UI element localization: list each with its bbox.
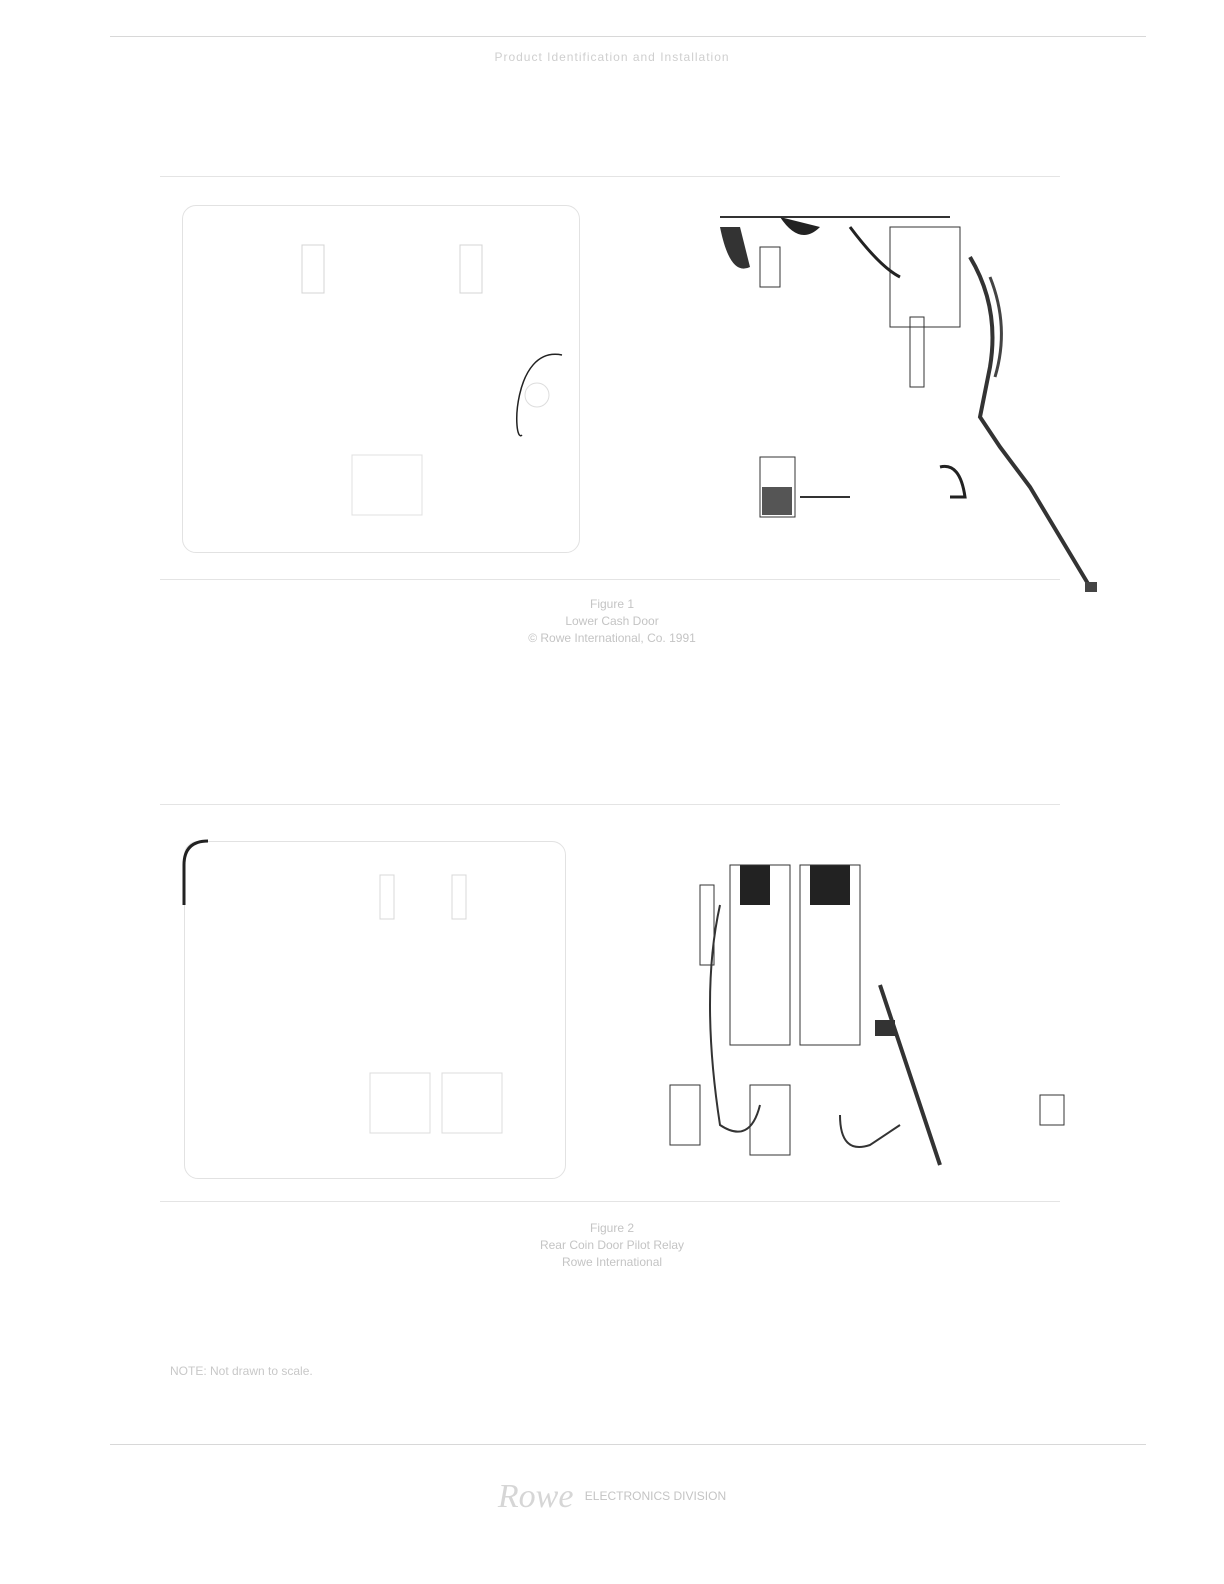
- page-header: Product Identification and Installation: [0, 50, 1224, 64]
- figure-2-caption: Figure 2 Rear Coin Door Pilot Relay Rowe…: [0, 1220, 1224, 1271]
- footer-rule: [110, 1444, 1146, 1445]
- figure-2-title: Rear Coin Door Pilot Relay: [0, 1237, 1224, 1254]
- figure-1: [160, 176, 1060, 580]
- header-rule: [110, 36, 1146, 37]
- figure-2-label: Figure 2: [0, 1220, 1224, 1237]
- figure-2-door-drawing: [180, 835, 570, 1175]
- scale-note: NOTE: Not drawn to scale.: [170, 1364, 313, 1378]
- figure-2-mechanism-drawing: [660, 845, 1080, 1185]
- figure-1-mechanism-drawing: [700, 207, 1120, 607]
- page-footer: Rowe ELECTRONICS DIVISION: [0, 1478, 1224, 1516]
- figure-2: [160, 804, 1060, 1202]
- figure-1-title: Lower Cash Door: [0, 613, 1224, 630]
- figure-2-subtitle: Rowe International: [0, 1254, 1224, 1271]
- figure-1-door-drawing: [182, 205, 578, 551]
- figure-1-subtitle: © Rowe International, Co. 1991: [0, 630, 1224, 647]
- figure-1-caption: Figure 1 Lower Cash Door © Rowe Internat…: [0, 596, 1224, 647]
- figure-1-label: Figure 1: [0, 596, 1224, 613]
- company-division: ELECTRONICS DIVISION: [585, 1489, 726, 1503]
- company-logo: Rowe: [498, 1478, 574, 1515]
